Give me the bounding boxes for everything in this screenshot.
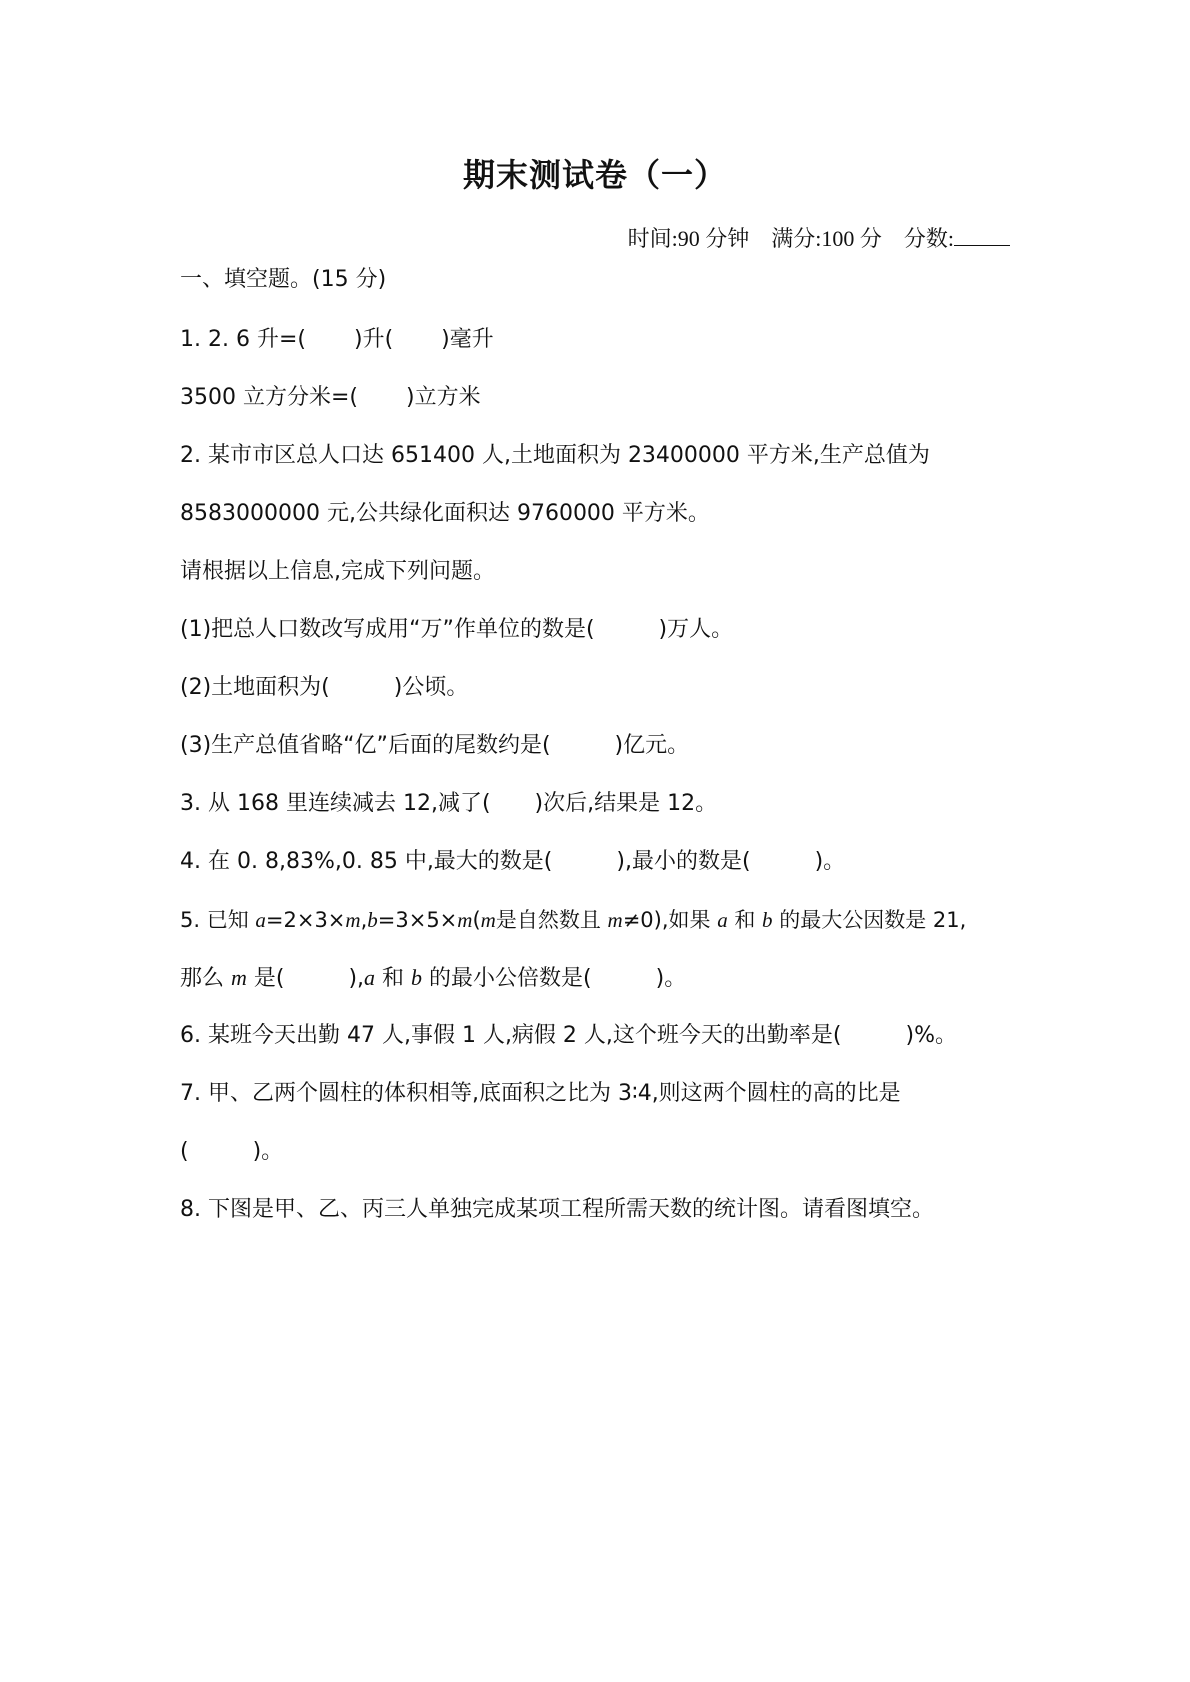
page-title: 期末测试卷（一） [0, 150, 1190, 196]
question-2-1: (1)把总人口数改写成用“万”作单位的数是()万人。 [180, 615, 733, 645]
exam-page: 期末测试卷（一） 时间:90 分钟 满分:100 分 分数: 一、填空题。(15… [0, 0, 1190, 1682]
question-2-3: (3)生产总值省略“亿”后面的尾数约是()亿元。 [180, 731, 689, 761]
question-1a: 1. 2. 6 升=()升()毫升 [180, 325, 494, 355]
question-1b: 3500 立方分米=()立方米 [180, 383, 481, 413]
score-label: 分数: [904, 226, 954, 251]
question-6: 6. 某班今天出勤 47 人,事假 1 人,病假 2 人,这个班今天的出勤率是(… [180, 1021, 957, 1051]
question-2-line2: 8583000000 元,公共绿化面积达 9760000 平方米。 [180, 499, 710, 529]
full-score-label: 满分:100 分 [771, 226, 882, 251]
question-2-prompt: 请根据以上信息,完成下列问题。 [180, 557, 495, 587]
score-blank[interactable] [954, 225, 1010, 246]
question-3: 3. 从 168 里连续减去 12,减了()次后,结果是 12。 [180, 789, 717, 819]
question-7-line1: 7. 甲、乙两个圆柱的体积相等,底面积之比为 3∶4,则这两个圆柱的高的比是 [180, 1079, 901, 1109]
section-heading: 一、填空题。(15 分) [180, 265, 386, 295]
question-8: 8. 下图是甲、乙、丙三人单独完成某项工程所需天数的统计图。请看图填空。 [180, 1195, 934, 1225]
exam-meta: 时间:90 分钟 满分:100 分 分数: [628, 222, 1010, 253]
question-5-line1: 5. 已知 a=2×3×m,b=3×5×m(m是自然数且 m≠0),如果 a 和… [180, 905, 966, 935]
question-4: 4. 在 0. 8,83%,0. 85 中,最大的数是(),最小的数是()。 [180, 847, 845, 877]
question-7-line2: ()。 [180, 1137, 283, 1167]
question-5-line2: 那么 m 是(),a 和 b 的最小公倍数是()。 [180, 963, 686, 994]
question-2-2: (2)土地面积为()公顷。 [180, 673, 468, 703]
time-label: 时间:90 分钟 [628, 226, 750, 251]
question-2-line1: 2. 某市市区总人口达 651400 人,土地面积为 23400000 平方米,… [180, 441, 930, 471]
